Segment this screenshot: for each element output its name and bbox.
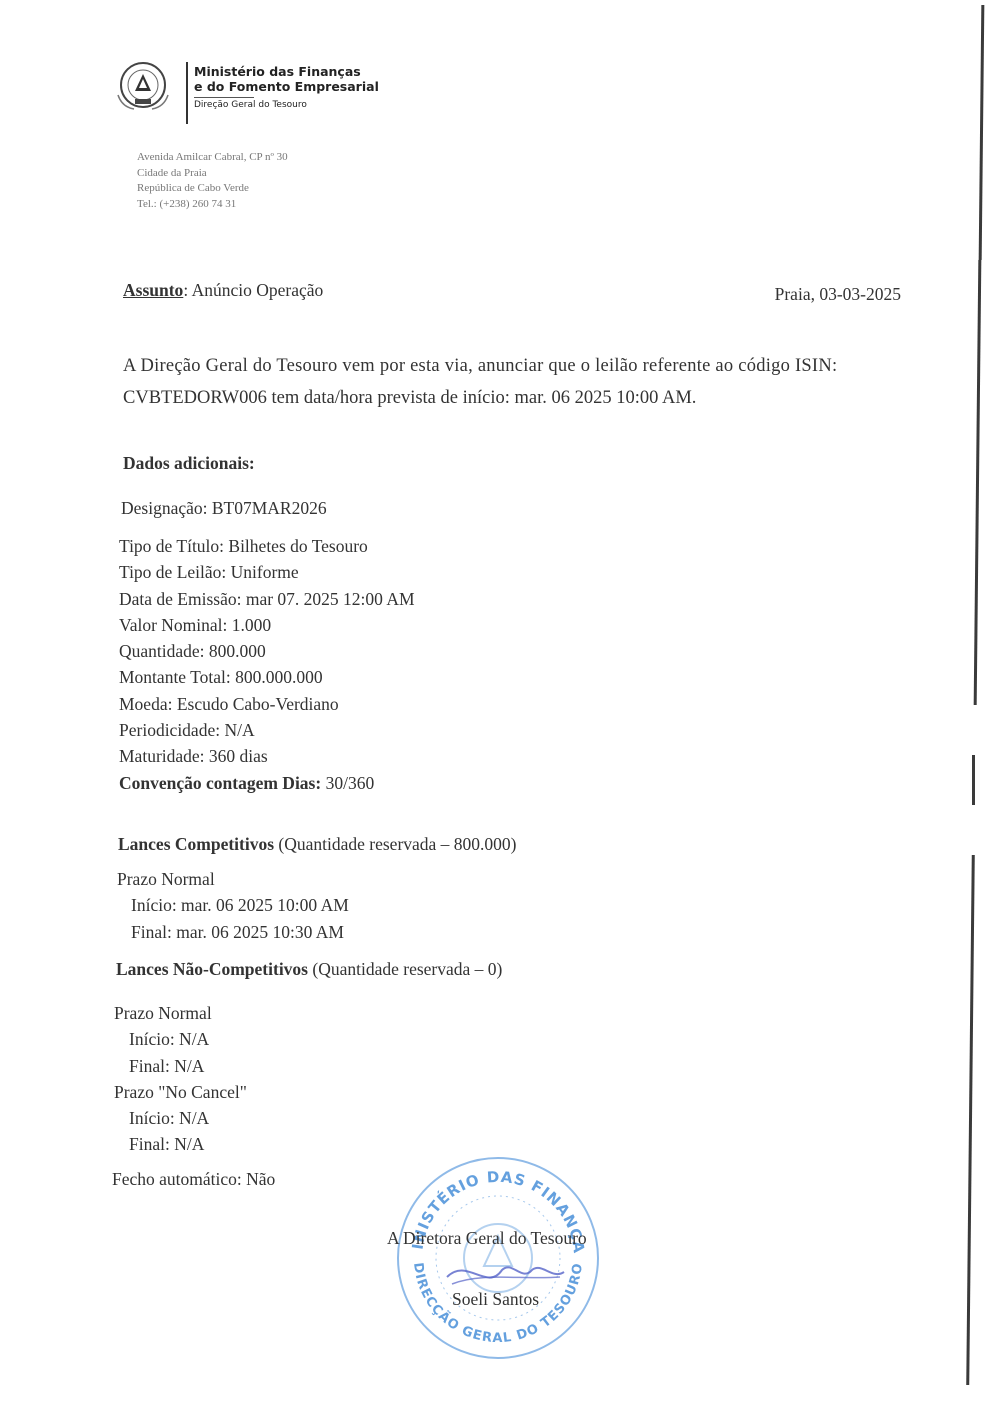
nocancel-term-end: Final: N/A <box>114 1131 247 1157</box>
field-line: Periodicidade: N/A <box>119 717 415 743</box>
additional-heading: Dados adicionais: <box>123 453 255 474</box>
address-line: Cidade da Praia <box>137 166 288 182</box>
designation: Designação: BT07MAR2026 <box>121 498 327 519</box>
official-stamp: MINISTÉRIO DAS FINANÇAS DIRECÇÃO GERAL D… <box>392 1152 604 1364</box>
header-rule <box>194 97 254 98</box>
noncompetitive-terms: Prazo Normal Início: N/A Final: N/A Praz… <box>114 1000 247 1158</box>
competitive-reserved: (Quantidade reservada – 800.000) <box>274 834 516 854</box>
nocancel-term-start: Início: N/A <box>114 1105 247 1131</box>
convention-label: Convenção contagem Dias: <box>119 773 321 793</box>
competitive-heading: Lances Competitivos (Quantidade reservad… <box>118 834 517 855</box>
additional-fields: Tipo de Título: Bilhetes do Tesouro Tipo… <box>119 533 415 796</box>
auto-close: Fecho automático: Não <box>112 1169 275 1190</box>
normal-term-end: Final: N/A <box>114 1053 247 1079</box>
intro-line-1: A Direção Geral do Tesouro vem por esta … <box>123 350 905 382</box>
ministry-name-line1: Ministério das Finanças <box>194 64 361 79</box>
term-label: Prazo Normal <box>117 866 349 892</box>
convention-line: Convenção contagem Dias: 30/360 <box>119 770 415 796</box>
department-name: Direção Geral do Tesouro <box>194 100 307 110</box>
scan-edge-line <box>972 755 975 805</box>
scan-edge-line <box>966 855 975 1385</box>
signatory-name: Soeli Santos <box>452 1289 539 1310</box>
additional-heading-text: Dados adicionais: <box>123 453 255 473</box>
header-divider <box>186 62 188 124</box>
normal-term-label: Prazo Normal <box>114 1000 247 1026</box>
subject-label: Assunto <box>123 280 183 300</box>
field-line: Tipo de Título: Bilhetes do Tesouro <box>119 533 415 559</box>
term-end: Final: mar. 06 2025 10:30 AM <box>117 919 349 945</box>
scan-edge-line <box>974 260 982 705</box>
address-line: República de Cabo Verde <box>137 181 288 197</box>
address-block: Avenida Amilcar Cabral, CP nº 30 Cidade … <box>137 150 288 212</box>
intro-paragraph: A Direção Geral do Tesouro vem por esta … <box>123 350 905 414</box>
nocancel-term-label: Prazo "No Cancel" <box>114 1079 247 1105</box>
competitive-title: Lances Competitivos <box>118 834 274 854</box>
field-line: Data de Emissão: mar 07. 2025 12:00 AM <box>119 586 415 612</box>
ministry-name-line2: e do Fomento Empresarial <box>194 79 379 94</box>
normal-term-start: Início: N/A <box>114 1026 247 1052</box>
scan-edge-line <box>979 5 985 260</box>
noncompetitive-heading: Lances Não-Competitivos (Quantidade rese… <box>116 959 502 980</box>
intro-line-2: CVBTEDORW006 tem data/hora prevista de i… <box>123 382 905 414</box>
subject-line: Assunto: Anúncio Operação <box>123 280 323 301</box>
address-line: Avenida Amilcar Cabral, CP nº 30 <box>137 150 288 166</box>
field-line: Valor Nominal: 1.000 <box>119 612 415 638</box>
noncompetitive-title: Lances Não-Competitivos <box>116 959 308 979</box>
coat-of-arms-icon <box>108 55 178 125</box>
field-line: Moeda: Escudo Cabo-Verdiano <box>119 691 415 717</box>
term-start: Início: mar. 06 2025 10:00 AM <box>117 892 349 918</box>
field-line: Tipo de Leilão: Uniforme <box>119 559 415 585</box>
subject-text: : Anúncio Operação <box>183 280 323 300</box>
field-line: Maturidade: 360 dias <box>119 743 415 769</box>
field-line: Quantidade: 800.000 <box>119 638 415 664</box>
convention-value: 30/360 <box>321 773 374 793</box>
address-line: Tel.: (+238) 260 74 31 <box>137 197 288 213</box>
document-date: Praia, 03-03-2025 <box>775 284 901 305</box>
noncompetitive-reserved: (Quantidade reservada – 0) <box>308 959 502 979</box>
field-line: Montante Total: 800.000.000 <box>119 664 415 690</box>
signatory-title: A Diretora Geral do Tesouro <box>387 1228 587 1249</box>
competitive-terms: Prazo Normal Início: mar. 06 2025 10:00 … <box>117 866 349 945</box>
